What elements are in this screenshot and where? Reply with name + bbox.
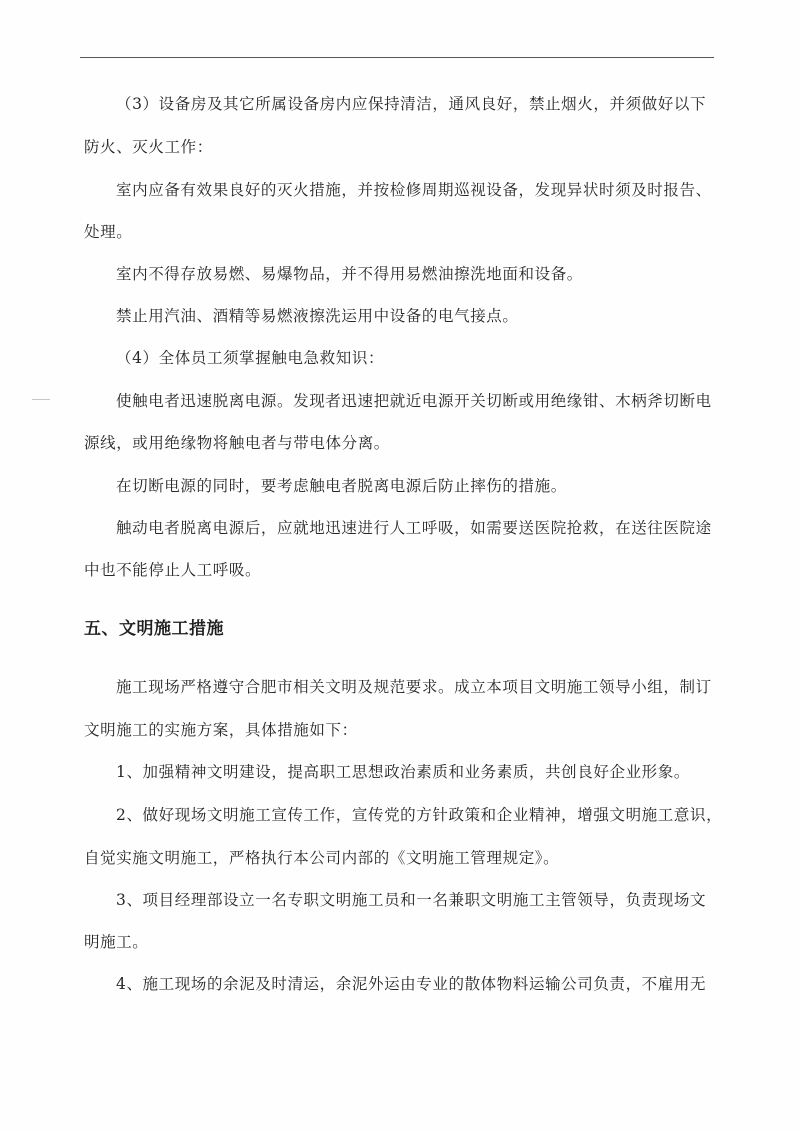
- paragraph-4b: 在切断电源的同时，要考虑触电者脱离电源后防止摔伤的措施。: [116, 476, 567, 496]
- paragraph-4c-line-1: 触动电者脱离电源后，应就地迅速进行人工呼吸，如需要送医院抢救，在送往医院途: [116, 518, 712, 538]
- document-page: （3）设备房及其它所属设备房内应保持清洁，通风良好，禁止烟火，并须做好以下 防火…: [0, 0, 800, 1131]
- measure-3-line-1: 3、项目经理部设立一名专职文明施工员和一名兼职文明施工主管领导，负责现场文: [116, 890, 706, 910]
- measure-4-line-1: 4、施工现场的余泥及时清运，余泥外运由专业的散体物料运输公司负责，不雇用无: [116, 974, 706, 994]
- measure-3-line-2: 明施工。: [84, 932, 148, 952]
- header-rule: [80, 57, 714, 58]
- measure-2-line-2: 自觉实施文明施工，严格执行本公司内部的《文明施工管理规定》。: [84, 848, 559, 868]
- section-heading: 五、文明施工措施: [84, 618, 224, 640]
- paragraph-3a-line-1: 室内应备有效果良好的灭火措施，并按检修周期巡视设备，发现异状时须及时报告、: [116, 180, 712, 200]
- paragraph-3-line-1: （3）设备房及其它所属设备房内应保持清洁，通风良好，禁止烟火，并须做好以下: [116, 94, 706, 114]
- paragraph-4a-line-2: 源线，或用绝缘物将触电者与带电体分离。: [84, 433, 390, 453]
- paragraph-3c: 禁止用汽油、酒精等易燃液擦洗运用中设备的电气接点。: [116, 306, 519, 326]
- section-intro-line-1: 施工现场严格遵守合肥市相关文明及规范要求。成立本项目文明施工领导小组，制订: [116, 677, 712, 697]
- paragraph-4c-line-2: 中也不能停止人工呼吸。: [84, 560, 261, 580]
- paragraph-3a-line-2: 处理。: [84, 222, 132, 242]
- paragraph-4a-line-1: 使触电者迅速脱离电源。发现者迅速把就近电源开关切断或用绝缘钳、木柄斧切断电: [116, 391, 712, 411]
- measure-1: 1、加强精神文明建设，提高职工思想政治素质和业务素质，共创良好企业形象。: [116, 762, 690, 782]
- paragraph-3b: 室内不得存放易燃、易爆物品，并不得用易燃油擦洗地面和设备。: [116, 264, 583, 284]
- paragraph-3-line-2: 防火、灭火工作：: [84, 137, 213, 157]
- paragraph-4: （4）全体员工须掌握触电急救知识：: [116, 348, 384, 368]
- section-intro-line-2: 文明施工的实施方案，具体措施如下：: [84, 720, 358, 740]
- scan-artifact-mark: [32, 399, 50, 400]
- measure-2-line-1: 2、做好现场文明施工宣传工作，宣传党的方针政策和企业精神，增强文明施工意识，: [116, 805, 722, 825]
